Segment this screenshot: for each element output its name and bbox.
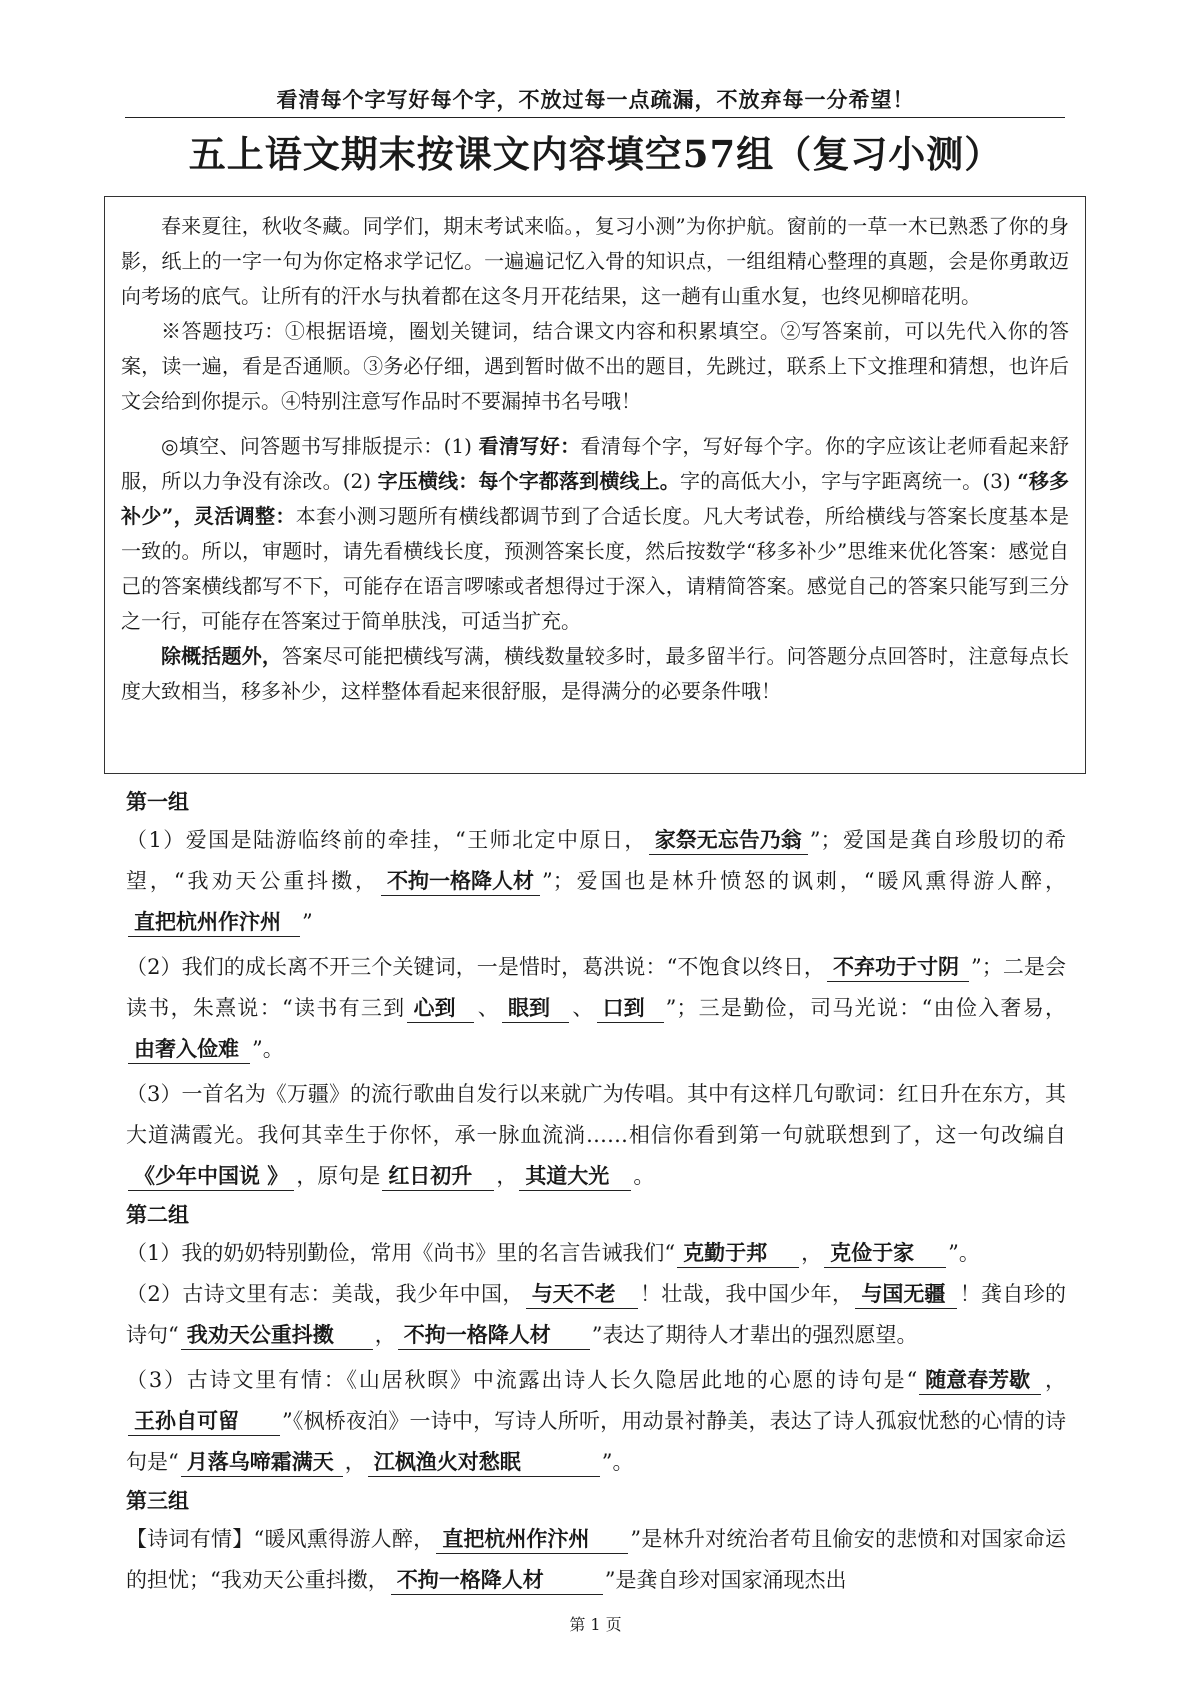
answer-blank[interactable]: 克勤于邦 bbox=[677, 1239, 799, 1268]
answer-blank[interactable]: 我劝天公重抖擞 bbox=[181, 1321, 373, 1350]
group-title-3: 第三组 bbox=[126, 1483, 1066, 1519]
intro-writing-tips: ◎填空、问答题书写排版提示：(1) 看清写好：看清每个字，写好每个字。你的字应该… bbox=[121, 429, 1069, 639]
group-title-1: 第一组 bbox=[126, 784, 1066, 820]
question-1-2: （2）我们的成长离不开三个关键词，一是惜时，葛洪说：“不饱食以终日，不弃功于寸阴… bbox=[126, 947, 1066, 1070]
answer-blank[interactable]: 与国无疆 bbox=[855, 1280, 957, 1309]
text: ”；爱国也是林升愤怒的讽刺，“暖风熏得游人醉， bbox=[542, 869, 1066, 893]
exercise-content: 第一组 （1）爱国是陆游临终前的牵挂，“王师北定中原日，家祭无忘告乃翁”；爱国是… bbox=[126, 784, 1066, 1601]
answer-blank[interactable]: 不拘一格降人材 bbox=[398, 1321, 590, 1350]
text: ， bbox=[496, 1164, 517, 1188]
answer-blank[interactable]: 红日初升 bbox=[382, 1162, 494, 1191]
question-3-1: 【诗词有情】“暖风熏得游人醉，直把杭州作汴州”是林升对统治者苟且偷安的悲愤和对国… bbox=[126, 1519, 1066, 1601]
answer-blank[interactable]: 克俭于家 bbox=[824, 1239, 946, 1268]
text: ， bbox=[345, 1450, 366, 1474]
emphasis: 字压横线：每个字都落到横线上。 bbox=[378, 469, 680, 493]
text: （1）爱国是陆游临终前的牵挂，“王师北定中原日， bbox=[126, 828, 647, 852]
answer-blank[interactable]: 王孙自可留 bbox=[128, 1407, 280, 1436]
intro-final-tip: 除概括题外，答案尽可能把横线写满，横线数量较多时，最多留半行。问答题分点回答时，… bbox=[121, 639, 1069, 709]
intro-paragraph-1: 春来夏往，秋收冬藏。同学们，期末考试来临。，复习小测”为你护航。窗前的一草一木已… bbox=[121, 209, 1069, 314]
answer-blank[interactable]: 心到 bbox=[407, 994, 474, 1023]
page-title: 五上语文期末按课文内容填空57组（复习小测） bbox=[0, 124, 1191, 178]
answer-blank[interactable]: 眼到 bbox=[502, 994, 569, 1023]
text: （2）我们的成长离不开三个关键词，一是惜时，葛洪说：“不饱食以终日， bbox=[126, 955, 825, 979]
header-rule bbox=[125, 117, 1065, 118]
answer-blank[interactable]: 江枫渔火对愁眠 bbox=[368, 1448, 600, 1477]
text: （3）古诗文里有情：《山居秋暝》中流露出诗人长久隐居此地的心愿的诗句是“ bbox=[126, 1368, 917, 1392]
text: ”。 bbox=[948, 1241, 980, 1265]
question-2-2: （2）古诗文里有志：美哉，我少年中国，与天不老！壮哉，我中国少年，与国无疆！龚自… bbox=[126, 1274, 1066, 1356]
text: ”。 bbox=[602, 1450, 634, 1474]
answer-blank[interactable]: 随意春芳歇 bbox=[919, 1366, 1041, 1395]
text: ”表达了期待人才辈出的强烈愿望。 bbox=[592, 1323, 918, 1347]
answer-blank[interactable]: 由奢入俭难 bbox=[128, 1035, 250, 1064]
text: 、 bbox=[476, 996, 500, 1020]
answer-blank[interactable]: 不拘一格降人材 bbox=[381, 867, 540, 896]
text: ”。 bbox=[252, 1037, 284, 1061]
header-motto: 看清每个字写好每个字，不放过每一点疏漏，不放弃每一分希望！ bbox=[0, 84, 1191, 114]
text: ◎填空、问答题书写排版提示：(1) bbox=[161, 434, 479, 458]
text: 【诗词有情】“暖风熏得游人醉， bbox=[126, 1527, 434, 1551]
text: ” bbox=[302, 910, 313, 934]
text: 、 bbox=[571, 996, 595, 1020]
text: ，原句是 bbox=[296, 1164, 380, 1188]
text: ”；三是勤俭，司马光说：“由俭入奢易， bbox=[666, 996, 1066, 1020]
answer-blank[interactable]: 月落乌啼霜满天 bbox=[181, 1448, 343, 1477]
question-2-3: （3）古诗文里有情：《山居秋暝》中流露出诗人长久隐居此地的心愿的诗句是“随意春芳… bbox=[126, 1360, 1066, 1483]
text: ， bbox=[1043, 1368, 1066, 1392]
question-2-1: （1）我的奶奶特别勤俭，常用《尚书》里的名言告诫我们“克勤于邦，克俭于家”。 bbox=[126, 1233, 1066, 1274]
answer-blank[interactable]: 与天不老 bbox=[526, 1280, 638, 1309]
text: ！壮哉，我中国少年， bbox=[640, 1282, 854, 1306]
emphasis: 除概括题外， bbox=[161, 644, 282, 668]
answer-blank[interactable]: 家祭无忘告乃翁 bbox=[649, 826, 808, 855]
emphasis: 看清写好： bbox=[479, 434, 581, 458]
answer-blank[interactable]: 不弃功于寸阴 bbox=[827, 953, 969, 982]
answer-blank[interactable]: 口到 bbox=[597, 994, 664, 1023]
text: ， bbox=[801, 1241, 822, 1265]
answer-blank[interactable]: 直把杭州作汴州 bbox=[128, 908, 300, 937]
text: （3）一首名为《万疆》的流行歌曲自发行以来就广为传唱。其中有这样几句歌词：红日升… bbox=[126, 1082, 1066, 1147]
group-title-2: 第二组 bbox=[126, 1197, 1066, 1233]
text: （2）古诗文里有志：美哉，我少年中国， bbox=[126, 1282, 524, 1306]
question-1-1: （1）爱国是陆游临终前的牵挂，“王师北定中原日，家祭无忘告乃翁”；爱国是龚自珍殷… bbox=[126, 820, 1066, 943]
page-number: 第 1 页 bbox=[0, 1612, 1191, 1635]
answer-blank[interactable]: 《少年中国说 》 bbox=[128, 1162, 294, 1191]
text: 。 bbox=[633, 1164, 654, 1188]
question-1-3: （3）一首名为《万疆》的流行歌曲自发行以来就广为传唱。其中有这样几句歌词：红日升… bbox=[126, 1074, 1066, 1197]
intro-tips: ※答题技巧：①根据语境，圈划关键词，结合课文内容和积累填空。②写答案前，可以先代… bbox=[121, 314, 1069, 419]
intro-box: 春来夏往，秋收冬藏。同学们，期末考试来临。，复习小测”为你护航。窗前的一草一木已… bbox=[104, 196, 1086, 774]
answer-blank[interactable]: 其道大光 bbox=[519, 1162, 631, 1191]
text: （1）我的奶奶特别勤俭，常用《尚书》里的名言告诫我们“ bbox=[126, 1241, 675, 1265]
text: ”是龚自珍对国家涌现杰出 bbox=[605, 1568, 847, 1592]
answer-blank[interactable]: 直把杭州作汴州 bbox=[436, 1525, 628, 1554]
text: 字的高低大小，字与字距离统一。(3) bbox=[680, 469, 1017, 493]
text: ， bbox=[375, 1323, 396, 1347]
answer-blank[interactable]: 不拘一格降人材 bbox=[391, 1566, 603, 1595]
